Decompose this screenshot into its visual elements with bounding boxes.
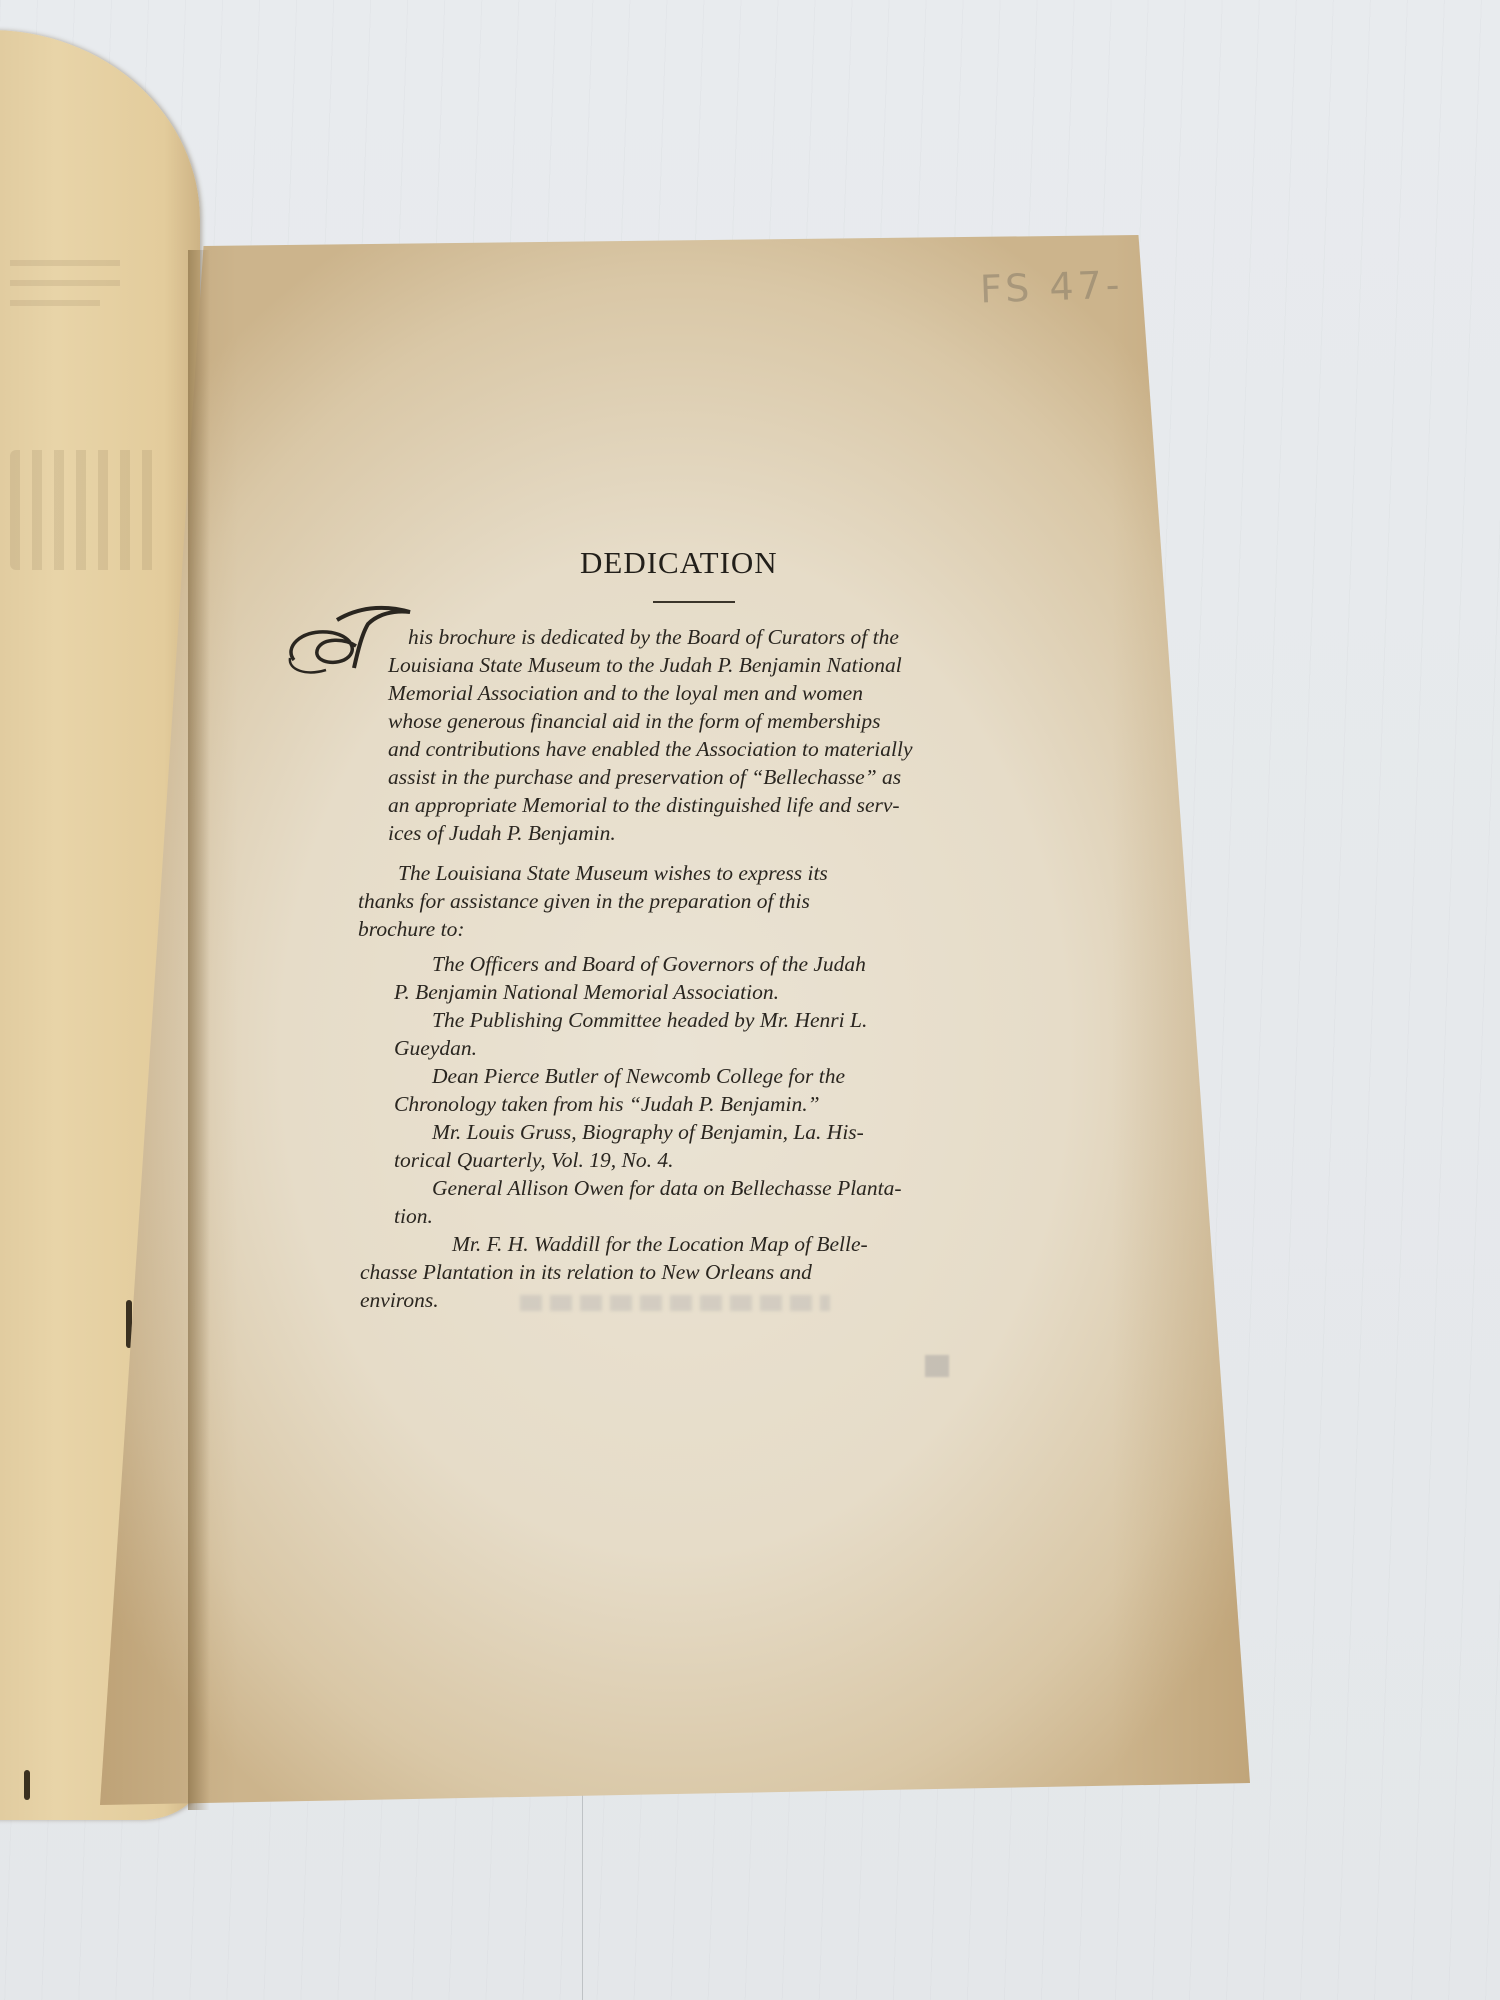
- acknowledgement-line: The Officers and Board of Governors of t…: [358, 950, 1070, 978]
- paragraph-line: an appropriate Memorial to the distingui…: [362, 791, 1062, 819]
- paragraph-line: whose generous financial aid in the form…: [362, 707, 1062, 735]
- acknowledgement-item: Dean Pierce Butler of Newcomb College fo…: [358, 1062, 1070, 1118]
- left-page-show-through: [10, 260, 120, 266]
- left-page-show-through: [10, 280, 120, 286]
- page-title: DEDICATION: [580, 545, 778, 581]
- ink-show-through: [520, 1295, 830, 1311]
- acknowledgement-item: Mr. Louis Gruss, Biography of Benjamin, …: [358, 1118, 1070, 1174]
- paragraph-line: and contributions have enabled the Assoc…: [362, 735, 1062, 763]
- acknowledgement-line: The Publishing Committee headed by Mr. H…: [358, 1006, 1070, 1034]
- paragraph-line: ices of Judah P. Benjamin.: [362, 819, 1062, 847]
- ink-show-through: [925, 1355, 949, 1377]
- dedication-page: FS 47- DEDICATION his brochure is dedica…: [100, 235, 1250, 1805]
- thanks-paragraph: The Louisiana State Museum wishes to exp…: [358, 859, 1070, 943]
- paragraph-line: brochure to:: [358, 915, 1070, 943]
- acknowledgement-line: Mr. F. H. Waddill for the Location Map o…: [358, 1230, 1070, 1258]
- paragraph-line: Memorial Association and to the loyal me…: [362, 679, 1062, 707]
- paragraph-line: his brochure is dedicated by the Board o…: [362, 623, 1062, 651]
- left-page-ghost-heading: [10, 450, 160, 570]
- acknowledgement-item: The Publishing Committee headed by Mr. H…: [358, 1006, 1070, 1062]
- acknowledgement-line: torical Quarterly, Vol. 19, No. 4.: [358, 1146, 1070, 1174]
- pencil-annotation: FS 47-: [979, 263, 1124, 312]
- paragraph-line: Louisiana State Museum to the Judah P. B…: [362, 651, 1062, 679]
- paragraph-line: The Louisiana State Museum wishes to exp…: [358, 859, 1070, 887]
- acknowledgement-line: Gueydan.: [358, 1034, 1070, 1062]
- page-content: FS 47- DEDICATION his brochure is dedica…: [100, 235, 1250, 1805]
- table-seam: [582, 1790, 583, 2000]
- acknowledgement-line: P. Benjamin National Memorial Associatio…: [358, 978, 1070, 1006]
- paragraph-line: assist in the purchase and preservation …: [362, 763, 1062, 791]
- acknowledgement-item: The Officers and Board of Governors of t…: [358, 950, 1070, 1006]
- dedication-paragraph: his brochure is dedicated by the Board o…: [362, 623, 1062, 847]
- paragraph-line: thanks for assistance given in the prepa…: [358, 887, 1070, 915]
- acknowledgement-line: Dean Pierce Butler of Newcomb College fo…: [358, 1062, 1070, 1090]
- acknowledgement-line: Chronology taken from his “Judah P. Benj…: [358, 1090, 1070, 1118]
- title-divider: [653, 601, 735, 603]
- acknowledgement-line: Mr. Louis Gruss, Biography of Benjamin, …: [358, 1118, 1070, 1146]
- left-page-show-through: [10, 300, 100, 306]
- spine-shadow: [188, 250, 210, 1810]
- acknowledgement-line: tion.: [358, 1202, 1070, 1230]
- acknowledgements-list: The Officers and Board of Governors of t…: [358, 950, 1070, 1314]
- acknowledgement-item: General Allison Owen for data on Bellech…: [358, 1174, 1070, 1230]
- acknowledgement-line: General Allison Owen for data on Bellech…: [358, 1174, 1070, 1202]
- staple-icon: [24, 1770, 30, 1800]
- acknowledgement-line: chasse Plantation in its relation to New…: [358, 1258, 1070, 1286]
